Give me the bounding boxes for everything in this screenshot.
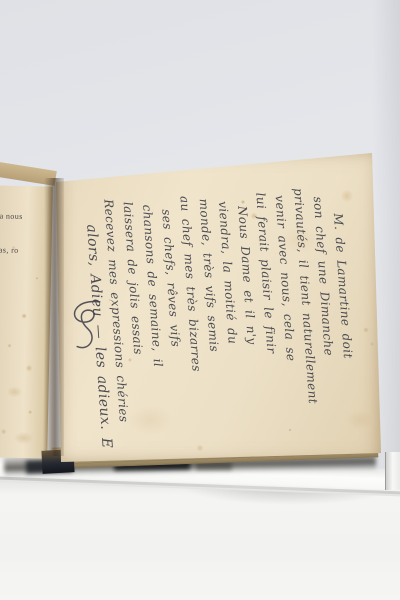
shelf-bracket	[385, 452, 400, 490]
printed-text-fragment: va nous	[0, 211, 23, 221]
shelf-front	[0, 478, 400, 600]
book-gutter-shadow	[44, 178, 64, 456]
signature-flourish	[61, 294, 118, 359]
right-page: M. de Lamartine doitson chef une Dimanch…	[48, 148, 384, 466]
open-book-photograph: va nous pas, ro M. de Lamartine doitson …	[0, 0, 400, 600]
handwritten-letter: M. de Lamartine doitson chef une Dimanch…	[69, 183, 362, 456]
printed-text-fragment: pas, ro	[0, 245, 19, 255]
